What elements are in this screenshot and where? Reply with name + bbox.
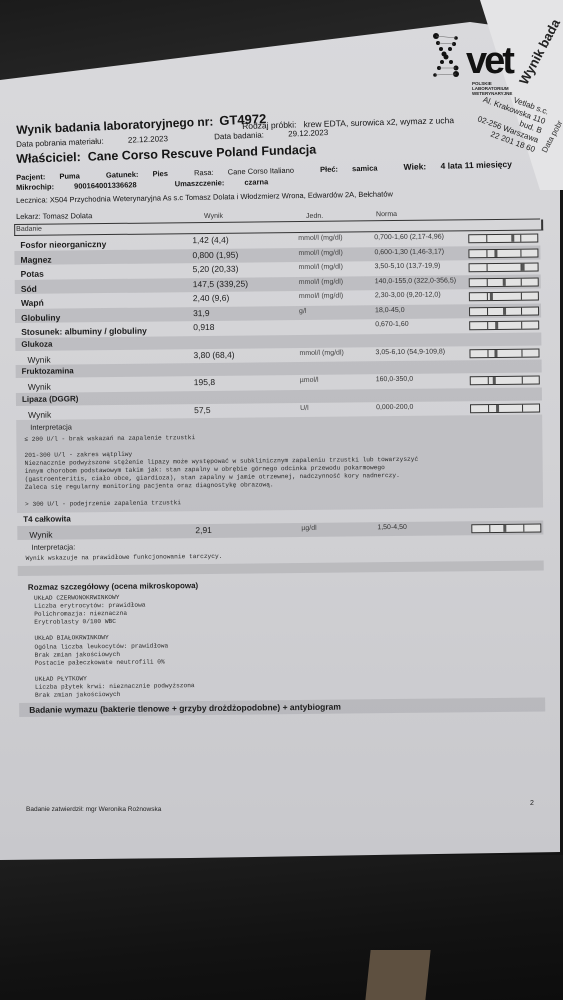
range-indicator xyxy=(470,403,540,413)
lipase-interpretation-text: ≤ 200 U/l - brak wskazań na zapalenie tr… xyxy=(24,431,535,509)
clinic-info: Lecznica: X504 Przychodnia Weterynaryjna… xyxy=(16,189,393,205)
range-indicator xyxy=(470,376,540,386)
page-number: 2 xyxy=(530,800,534,807)
range-indicator xyxy=(468,234,538,244)
blood-smear: Rozmaz szczegółowy (ocena mikroskopowa) … xyxy=(18,571,545,703)
t4-interpretation: Interpretacja: Wynik wskazuje na prawidł… xyxy=(17,535,543,567)
range-indicator xyxy=(469,306,539,316)
range-indicator xyxy=(469,263,539,273)
collection-date: 22.12.2023 xyxy=(128,134,168,145)
results-table: Badanie Wynik Jedn. Norma Fosfor nieorga… xyxy=(14,208,545,716)
range-indicator xyxy=(469,292,539,302)
table-header: Badanie Wynik Jedn. Norma xyxy=(14,208,540,226)
lab-address: Vetlab s.c. Al. Krakowska 110 bud. B 02-… xyxy=(458,81,550,155)
dna-icon xyxy=(432,32,462,82)
table-body: Fosfor nieorganiczny1,42 (4,4)mmol/l (mg… xyxy=(14,230,541,337)
approved-by: Badanie zatwierdził: mgr Weronika Rożnow… xyxy=(26,806,161,813)
report-content: vet POLSKIE LABORATORIUM WETERYNARYJNE V… xyxy=(0,0,563,1000)
lab-brand: vet xyxy=(466,42,512,80)
range-indicator xyxy=(468,248,538,258)
lipase-interpretation: Interpretacja ≤ 200 U/l - brak wskazań n… xyxy=(16,414,543,512)
range-indicator xyxy=(469,321,539,331)
range-indicator xyxy=(469,277,539,287)
table-sections: GlukozaWynik3,80 (68,4)mmol/l (mg/dl)3,0… xyxy=(15,332,542,420)
range-indicator xyxy=(471,523,541,533)
exam-date: 29.12.2023 xyxy=(288,128,328,139)
range-indicator xyxy=(469,348,539,358)
patient-name: Puma xyxy=(59,171,80,181)
lab-logo: vet POLSKIE LABORATORIUM WETERYNARYJNE xyxy=(432,32,512,87)
